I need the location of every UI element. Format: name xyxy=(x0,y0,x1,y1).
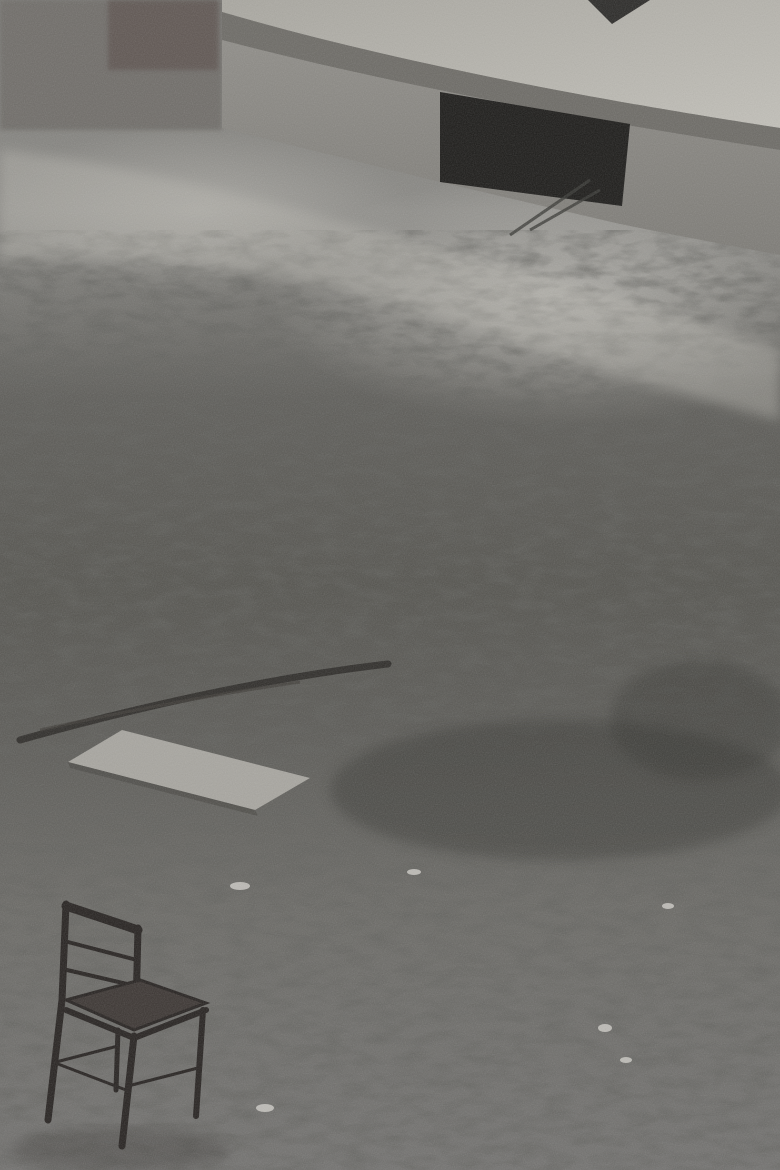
scene-graphics xyxy=(0,0,780,1170)
photo-scene: Black-and-white photograph of a barren d… xyxy=(0,0,780,1170)
film-grain xyxy=(0,0,780,1170)
